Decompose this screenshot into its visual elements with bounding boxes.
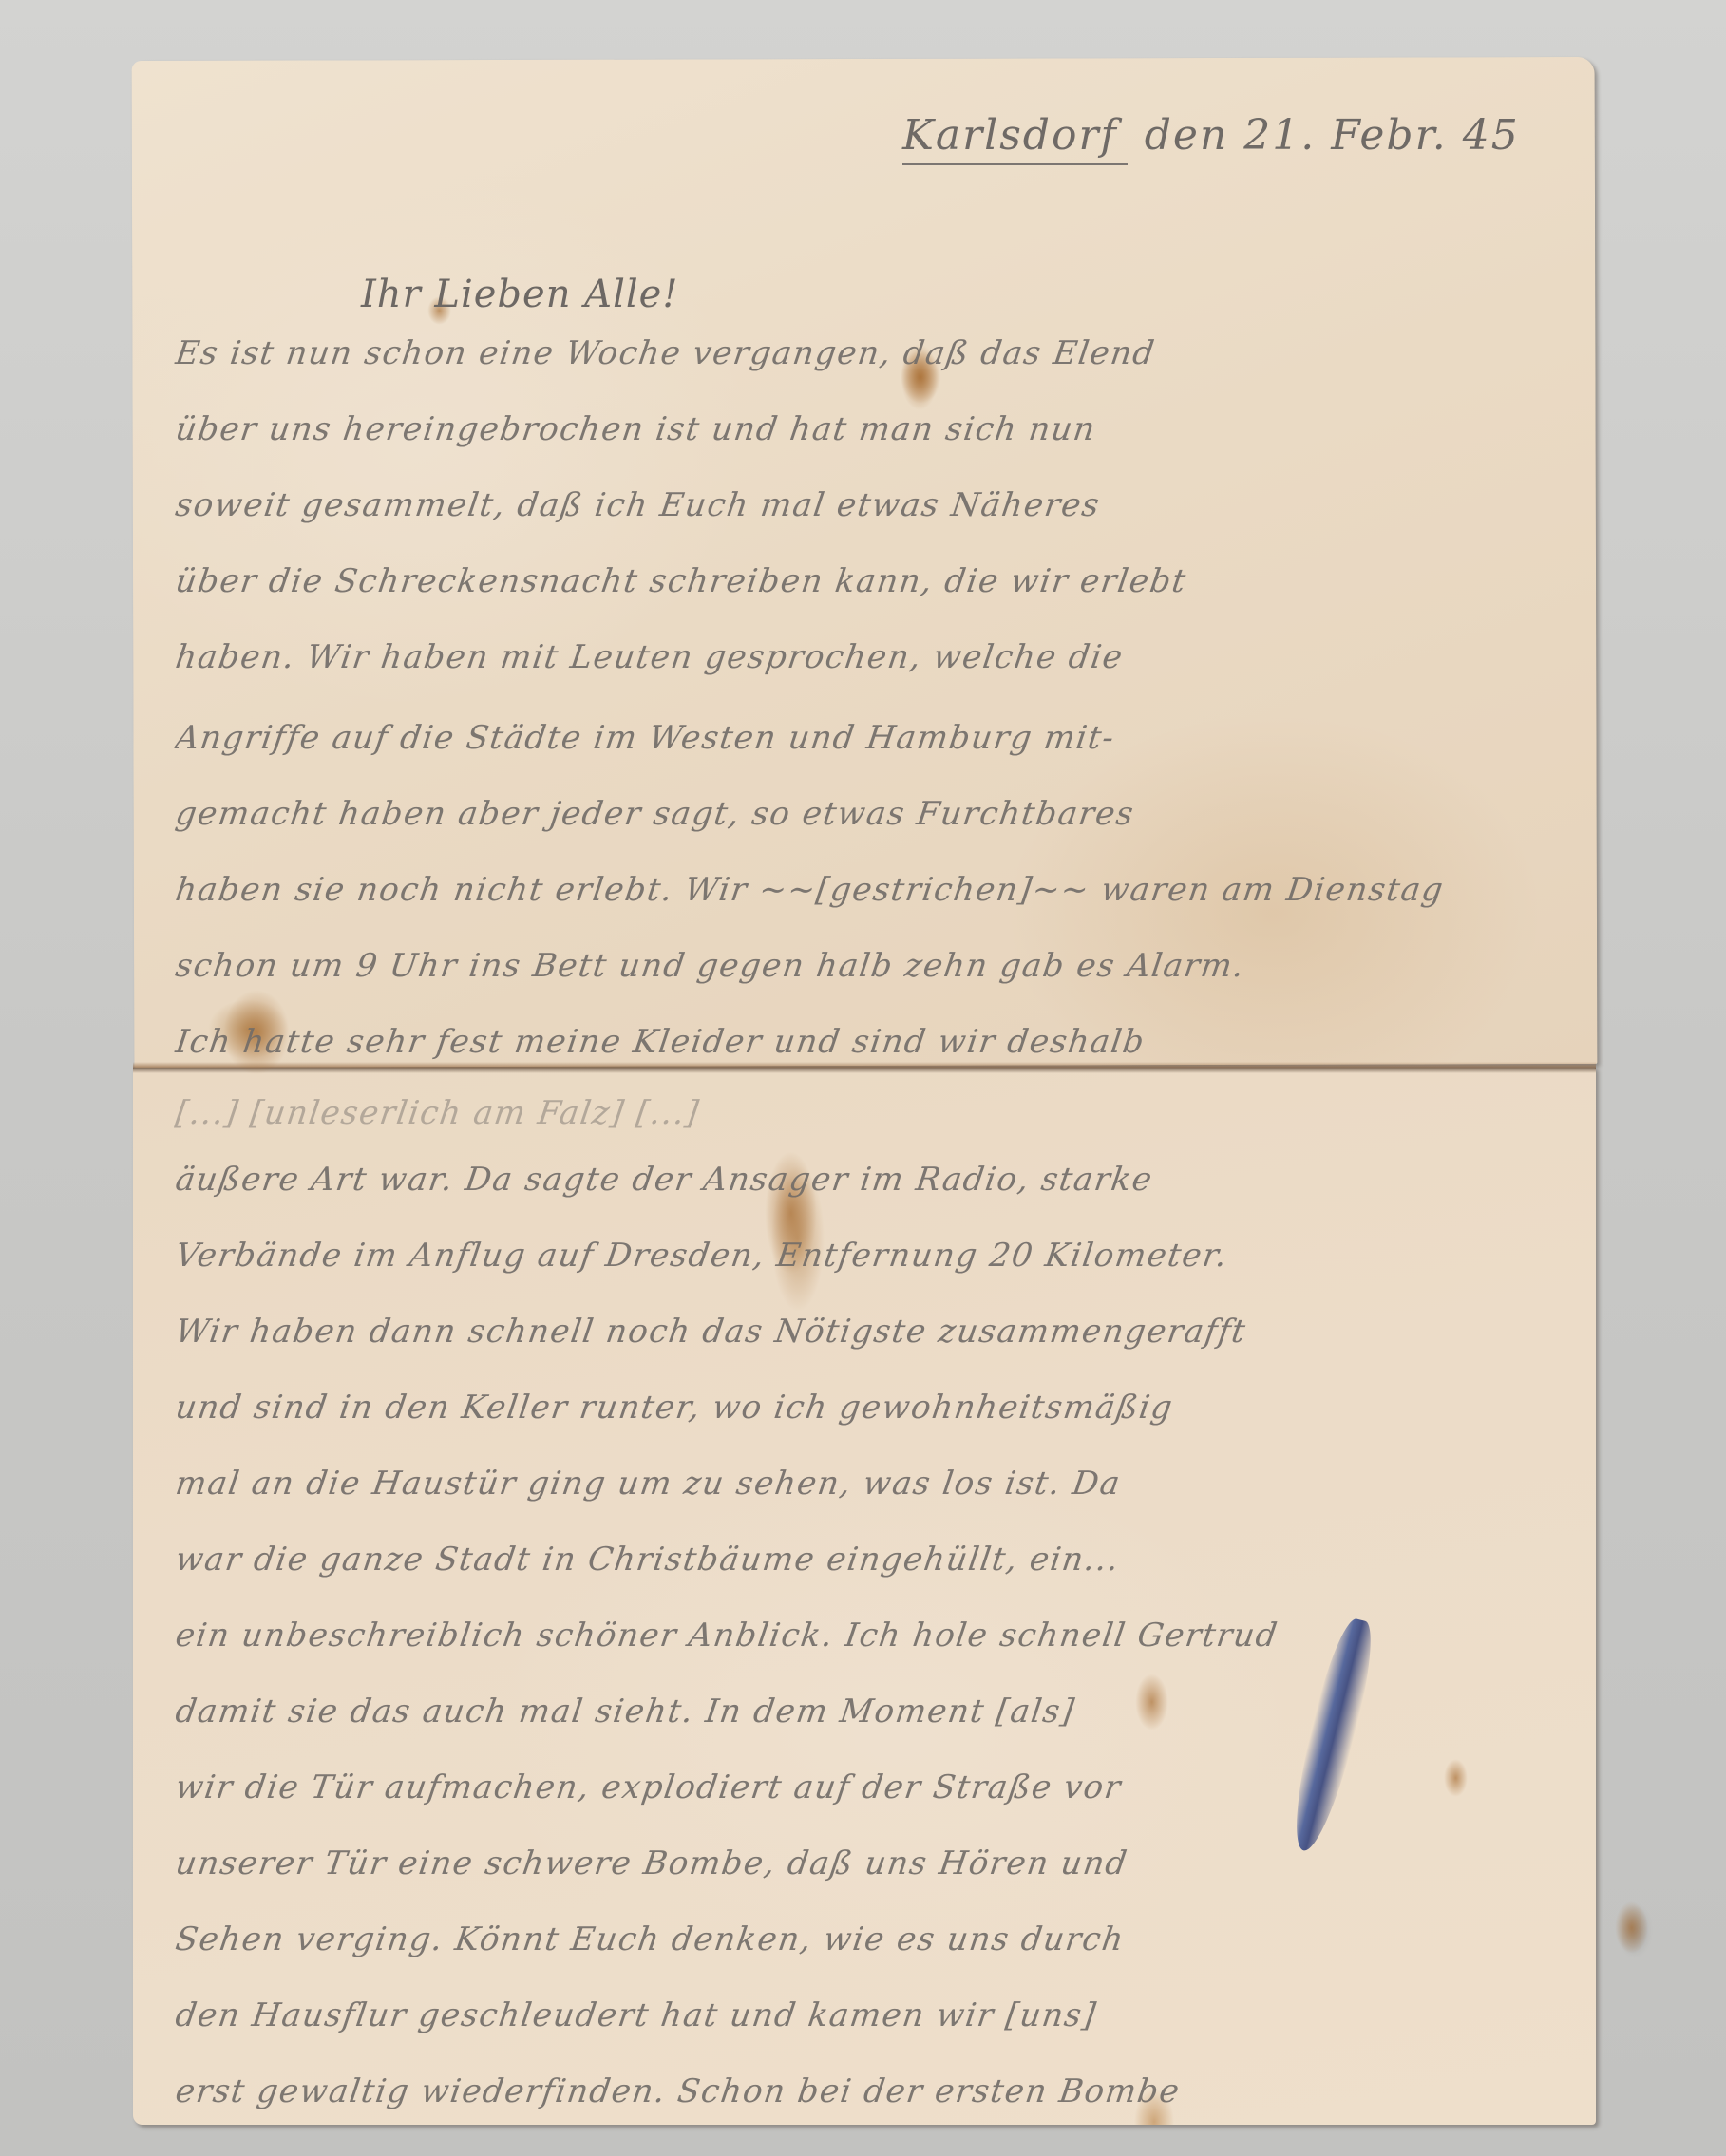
letter-dateline: Karlsdorfden 21. Febr. 45 [902, 111, 1567, 187]
letter-date: den 21. Febr. 45 [1145, 111, 1520, 160]
letter-line: Verbände im Anflug auf Dresden, Entfernu… [173, 1237, 1565, 1275]
fold-crease [133, 1062, 1596, 1073]
letter-line: über die Schreckensnacht schreiben kann,… [173, 562, 1565, 600]
letter-line: äußere Art war. Da sagte der Ansager im … [173, 1161, 1565, 1199]
letter-line: Wir haben dann schnell noch das Nötigste… [173, 1313, 1565, 1351]
letter-line: ein unbeschreiblich schöner Anblick. Ich… [173, 1617, 1565, 1655]
letter-line: unserer Tür eine schwere Bombe, daß uns … [173, 1844, 1565, 1882]
letter-line-fold-obscured: [...] [unleserlich am Falz] [...] [173, 1094, 1565, 1132]
water-stain [1615, 1901, 1648, 1954]
letter-line: soweit gesammelt, daß ich Euch mal etwas… [173, 486, 1565, 524]
letter-salutation: Ihr Lieben Alle! [361, 273, 678, 316]
letter-sheet: Karlsdorfden 21. Febr. 45 Ihr Lieben All… [133, 59, 1596, 2125]
letter-line: erst gewaltig wiederfinden. Schon bei de… [173, 2072, 1565, 2110]
letter-line: über uns hereingebrochen ist und hat man… [173, 410, 1565, 448]
letter-lower-half [133, 1068, 1596, 2125]
letter-line: haben sie noch nicht erlebt. Wir ~~[gest… [173, 871, 1565, 909]
letter-line: Sehen verging. Könnt Euch denken, wie es… [173, 1920, 1565, 1958]
letter-line: war die ganze Stadt in Christbäume einge… [173, 1541, 1565, 1579]
letter-line: Es ist nun schon eine Woche vergangen, d… [173, 334, 1565, 372]
letter-line: wir die Tür aufmachen, explodiert auf de… [173, 1768, 1565, 1806]
letter-place: Karlsdorf [902, 111, 1128, 165]
letter-line: haben. Wir haben mit Leuten gesprochen, … [173, 638, 1565, 676]
letter-line: Angriffe auf die Städte im Westen und Ha… [173, 719, 1565, 757]
letter-line: gemacht haben aber jeder sagt, so etwas … [173, 795, 1565, 833]
letter-line: schon um 9 Uhr ins Bett und gegen halb z… [173, 947, 1565, 985]
letter-line: Ich hatte sehr fest meine Kleider und si… [173, 1023, 1565, 1061]
letter-line: den Hausflur geschleudert hat und kamen … [173, 1996, 1565, 2034]
letter-line: mal an die Haustür ging um zu sehen, was… [173, 1465, 1565, 1503]
letter-line: damit sie das auch mal sieht. In dem Mom… [173, 1693, 1565, 1730]
letter-line: und sind in den Keller runter, wo ich ge… [173, 1389, 1565, 1427]
